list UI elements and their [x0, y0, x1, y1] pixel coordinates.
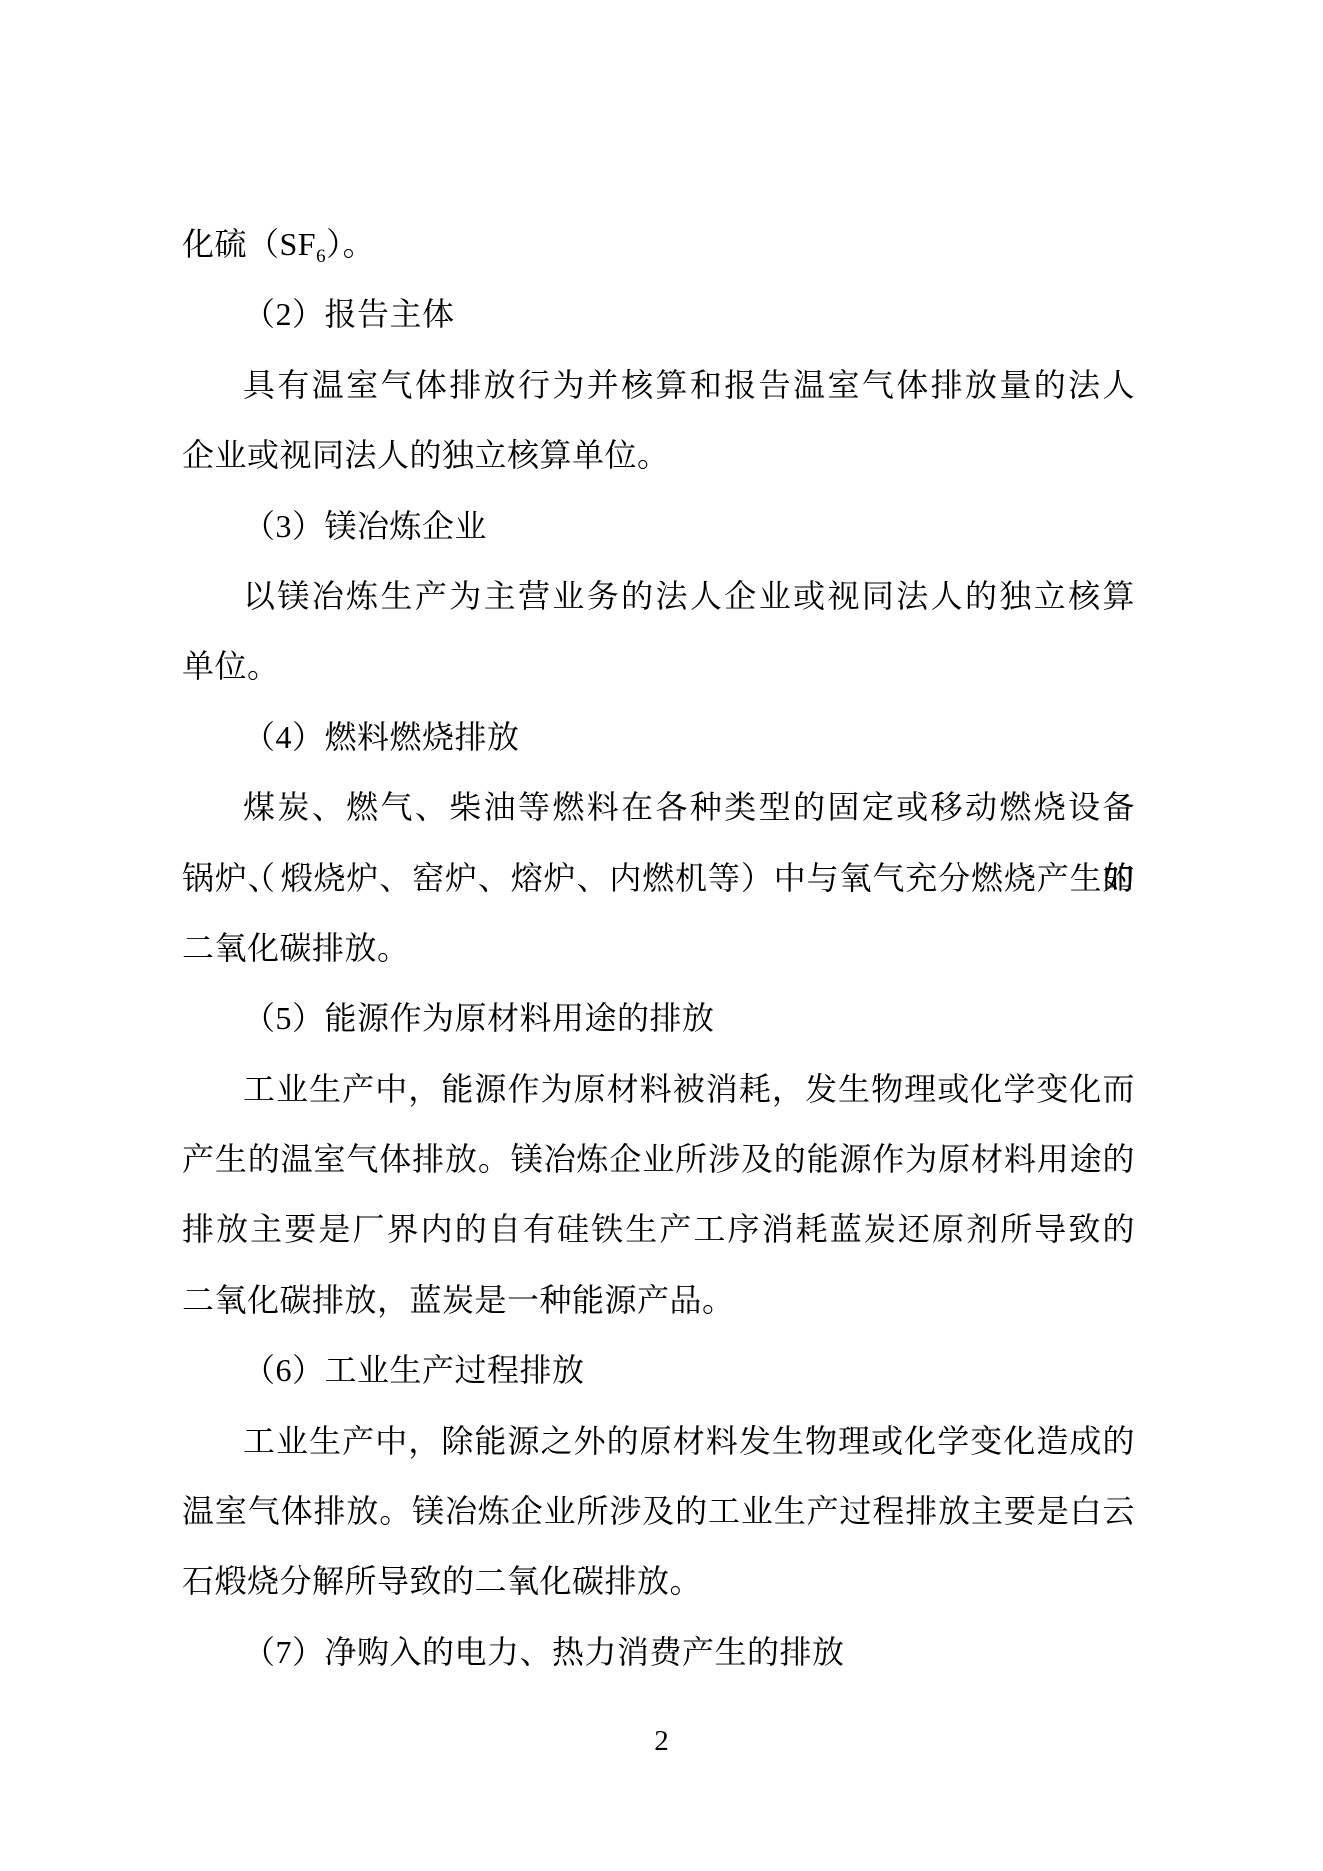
section-heading-7: （7）净购入的电力、热力消费产生的排放: [182, 1617, 1135, 1687]
body-line-sf6-post: ）。: [326, 226, 375, 262]
page-number: 2: [0, 1716, 1323, 1766]
body-line: 二氧化碳排放，蓝炭是一种能源产品。: [182, 1265, 1135, 1335]
body-line-sf6-pre: 化硫（SF: [182, 226, 316, 262]
body-line: 锅炉、煅烧炉、窑炉、熔炉、内燃机等）中与氧气充分燃烧产生的: [182, 843, 1135, 913]
body-line: 工业生产中，除能源之外的原材料发生物理或化学变化造成的: [182, 1406, 1135, 1476]
body-line-sf6: 化硫（SF6）。: [182, 209, 1135, 279]
document-page: 化硫（SF6）。 （2）报告主体 具有温室气体排放行为并核算和报告温室气体排放量…: [0, 0, 1323, 1871]
section-heading-2: （2）报告主体: [182, 279, 1135, 349]
subscript-6: 6: [316, 246, 326, 267]
body-line: 二氧化碳排放。: [182, 913, 1135, 983]
section-heading-4: （4）燃料燃烧排放: [182, 702, 1135, 772]
section-heading-6: （6）工业生产过程排放: [182, 1335, 1135, 1405]
body-line: 煤炭、燃气、柴油等燃料在各种类型的固定或移动燃烧设备（如: [182, 772, 1135, 842]
body-line: 温室气体排放。镁冶炼企业所涉及的工业生产过程排放主要是白云: [182, 1476, 1135, 1546]
body-line: 石煅烧分解所导致的二氧化碳排放。: [182, 1546, 1135, 1616]
body-line: 具有温室气体排放行为并核算和报告温室气体排放量的法人: [182, 350, 1135, 420]
body-line: 产生的温室气体排放。镁冶炼企业所涉及的能源作为原材料用途的: [182, 1124, 1135, 1194]
section-heading-3: （3）镁冶炼企业: [182, 491, 1135, 561]
body-line: 企业或视同法人的独立核算单位。: [182, 420, 1135, 490]
body-line: 单位。: [182, 631, 1135, 701]
body-line: 排放主要是厂界内的自有硅铁生产工序消耗蓝炭还原剂所导致的: [182, 1194, 1135, 1264]
body-line: 以镁冶炼生产为主营业务的法人企业或视同法人的独立核算: [182, 561, 1135, 631]
body-line: 工业生产中，能源作为原材料被消耗，发生物理或化学变化而: [182, 1054, 1135, 1124]
section-heading-5: （5）能源作为原材料用途的排放: [182, 983, 1135, 1053]
